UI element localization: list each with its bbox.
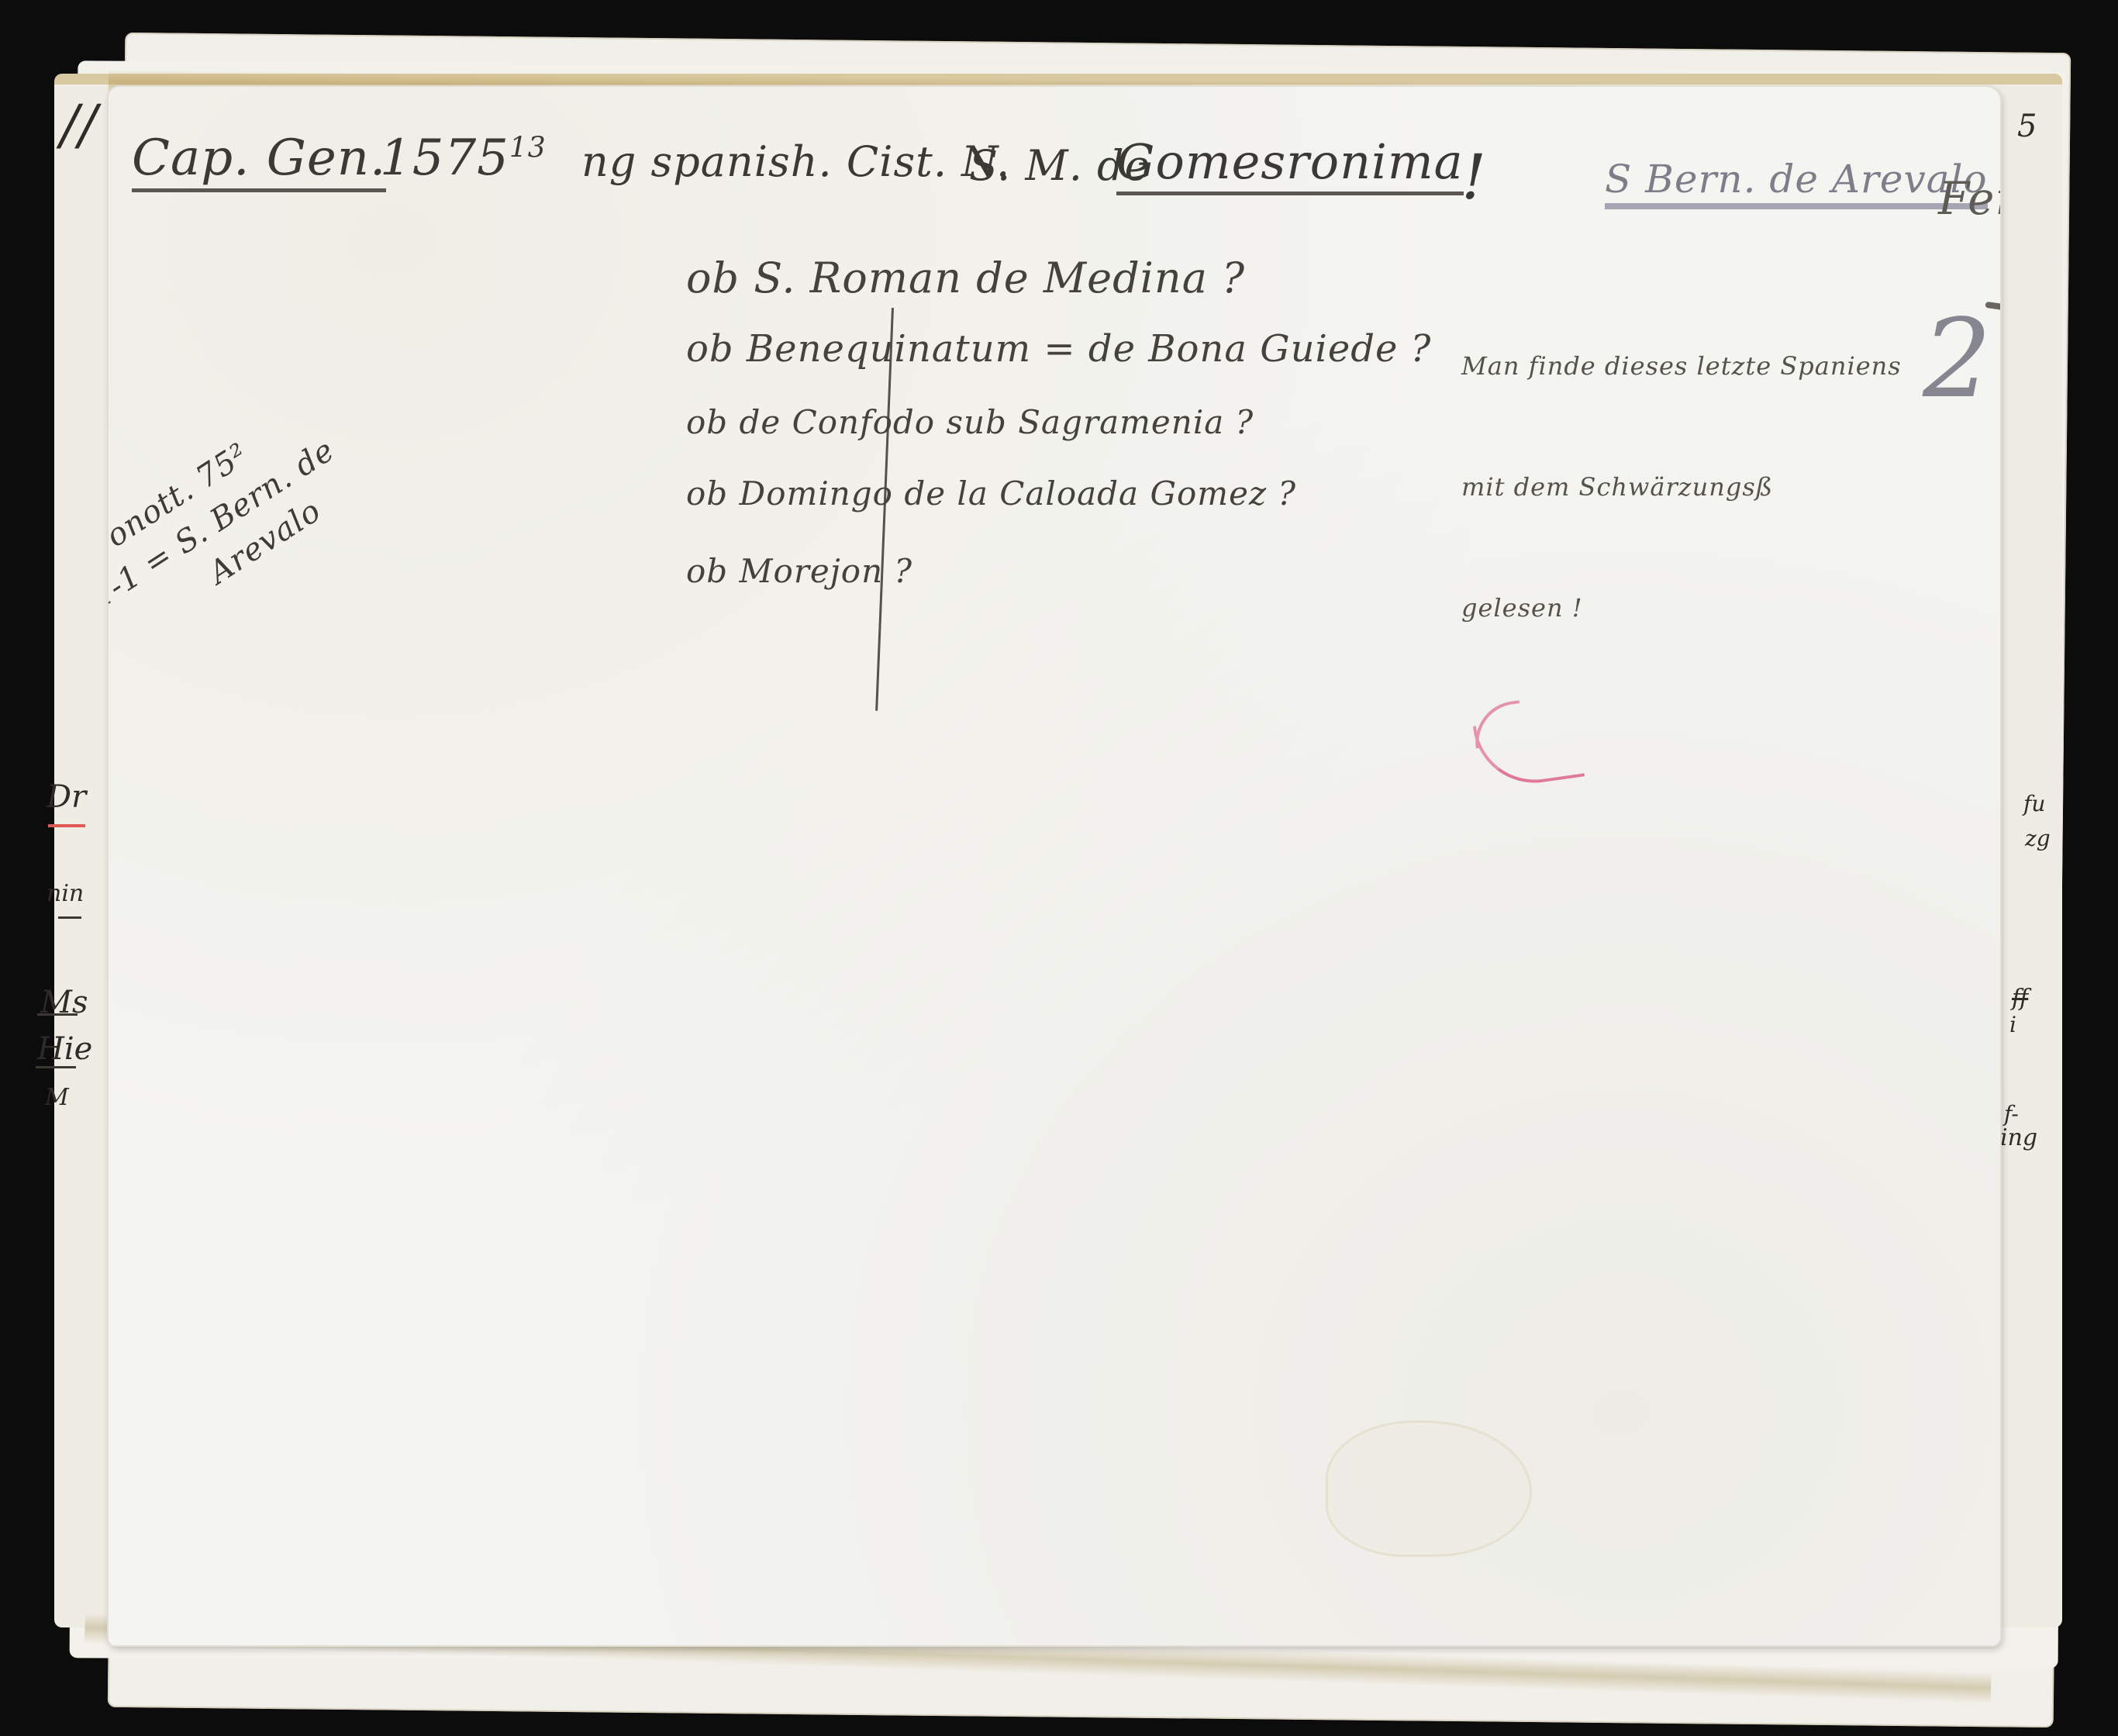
manuscript-scan: // Dr nin Ms Hie M fu zg ff i f- ing 5 C… xyxy=(0,0,2118,1736)
pink-crayon-mark xyxy=(1473,712,1585,791)
right-note-line: gelesen ! xyxy=(1461,588,1902,628)
dash-mark xyxy=(58,916,81,919)
header-date-superscript: 13 xyxy=(509,133,547,164)
underlying-fragment: i xyxy=(2009,1012,2016,1037)
question-item: ob de Confodo sub Sagramenia ? xyxy=(686,403,1254,441)
category-label: Fem. xyxy=(1938,172,2000,225)
pencil-label: S Bern. de Arevalo xyxy=(1605,157,1988,202)
underlying-fragment: nin xyxy=(47,880,84,907)
dash-mark xyxy=(37,1013,78,1016)
manuscript-page: Cap. Gen. 157513 ng spanish. Cist. N. S.… xyxy=(109,87,2000,1645)
question-item: ob Benequinatum = de Bona Guiede ? xyxy=(686,327,1431,371)
underlying-fragment: ff xyxy=(2012,985,2028,1012)
underlying-fragment: Dr xyxy=(47,779,86,815)
header-year: 1575 xyxy=(380,129,509,187)
underlying-fragment: Hie xyxy=(37,1031,92,1067)
header-exclamation: ! xyxy=(1461,141,1487,213)
underlying-fragment: ing xyxy=(2000,1124,2037,1151)
water-stain xyxy=(1326,1420,1532,1557)
question-item: ob Morejon ? xyxy=(686,552,912,590)
header-date: 157513 xyxy=(380,129,547,187)
header-text: ng spanish. Cist. N. xyxy=(581,137,1010,186)
underlying-fragment: f- xyxy=(2004,1101,2019,1127)
margin-note: S. Aronott. 75² -1-1 = S. Bern. de Areva… xyxy=(109,392,367,675)
header-left-label: Cap. Gen. xyxy=(132,129,386,187)
right-note: Man finde dieses letzte Spaniens mit dem… xyxy=(1461,265,1902,709)
question-item: ob S. Roman de Medina ? xyxy=(686,254,1245,302)
red-underline xyxy=(48,824,85,827)
dash-mark xyxy=(36,1066,76,1068)
question-item: ob Domingo de la Caloada Gomez ? xyxy=(686,475,1296,513)
underlying-fragment: // xyxy=(60,93,97,157)
right-note-line: Man finde dieses letzte Spaniens xyxy=(1461,346,1902,386)
underlying-fragment: fu xyxy=(2023,791,2045,816)
underlying-fragment: zg xyxy=(2025,826,2051,851)
underlying-fragment: M xyxy=(45,1084,69,1111)
header-cap-gen: Cap. Gen. xyxy=(132,129,386,192)
header-title: Gomesronima xyxy=(1116,133,1464,190)
page-number-underlying: 5 xyxy=(2017,109,2037,144)
right-note-line: mit dem Schwärzungsß xyxy=(1461,467,1902,507)
page-number: 2 xyxy=(1923,296,1992,423)
